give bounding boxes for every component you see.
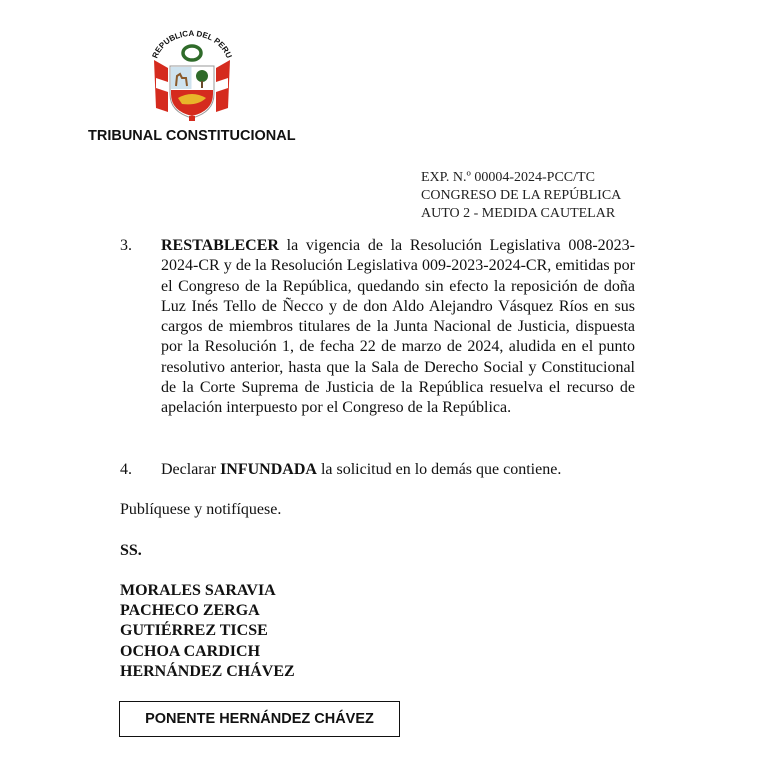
case-document-type: AUTO 2 - MEDIDA CAUTELAR bbox=[421, 205, 621, 223]
item-body: la vigencia de la Resolución Legislativa… bbox=[161, 237, 635, 416]
item-number: 3. bbox=[120, 236, 132, 256]
resolution-item-3: 3. RESTABLECER la vigencia de la Resoluc… bbox=[120, 236, 635, 419]
judges-list: MORALES SARAVIA PACHECO ZERGA GUTIÉRREZ … bbox=[120, 581, 295, 682]
case-party: CONGRESO DE LA REPÚBLICA bbox=[421, 187, 621, 205]
item-text: RESTABLECER la vigencia de la Resolución… bbox=[161, 236, 635, 419]
item-number: 4. bbox=[120, 460, 132, 480]
signatories-label: SS. bbox=[120, 541, 142, 561]
case-number: EXP. N.º 00004-2024-PCC/TC bbox=[421, 169, 621, 187]
judge-name: HERNÁNDEZ CHÁVEZ bbox=[120, 662, 295, 682]
ponente-label: PONENTE HERNÁNDEZ CHÁVEZ bbox=[145, 711, 374, 727]
institution-name: TRIBUNAL CONSTITUCIONAL bbox=[88, 128, 296, 144]
item-keyword: RESTABLECER bbox=[161, 237, 279, 254]
resolution-item-4: 4. Declarar INFUNDADA la solicitud en lo… bbox=[120, 460, 635, 480]
judge-name: PACHECO ZERGA bbox=[120, 601, 295, 621]
item-body: la solicitud en lo demás que contiene. bbox=[317, 461, 561, 478]
judge-name: MORALES SARAVIA bbox=[120, 581, 295, 601]
ponente-box: PONENTE HERNÁNDEZ CHÁVEZ bbox=[119, 701, 400, 737]
closing-formula: Publíquese y notifíquese. bbox=[120, 500, 281, 520]
peru-coat-of-arms-icon: REPUBLICA DEL PERU bbox=[142, 26, 242, 126]
item-keyword: INFUNDADA bbox=[220, 461, 317, 478]
case-reference: EXP. N.º 00004-2024-PCC/TC CONGRESO DE L… bbox=[421, 169, 621, 223]
item-prefix: Declarar bbox=[161, 461, 220, 478]
judge-name: OCHOA CARDICH bbox=[120, 642, 295, 662]
judge-name: GUTIÉRREZ TICSE bbox=[120, 621, 295, 641]
item-text: Declarar INFUNDADA la solicitud en lo de… bbox=[161, 460, 635, 480]
